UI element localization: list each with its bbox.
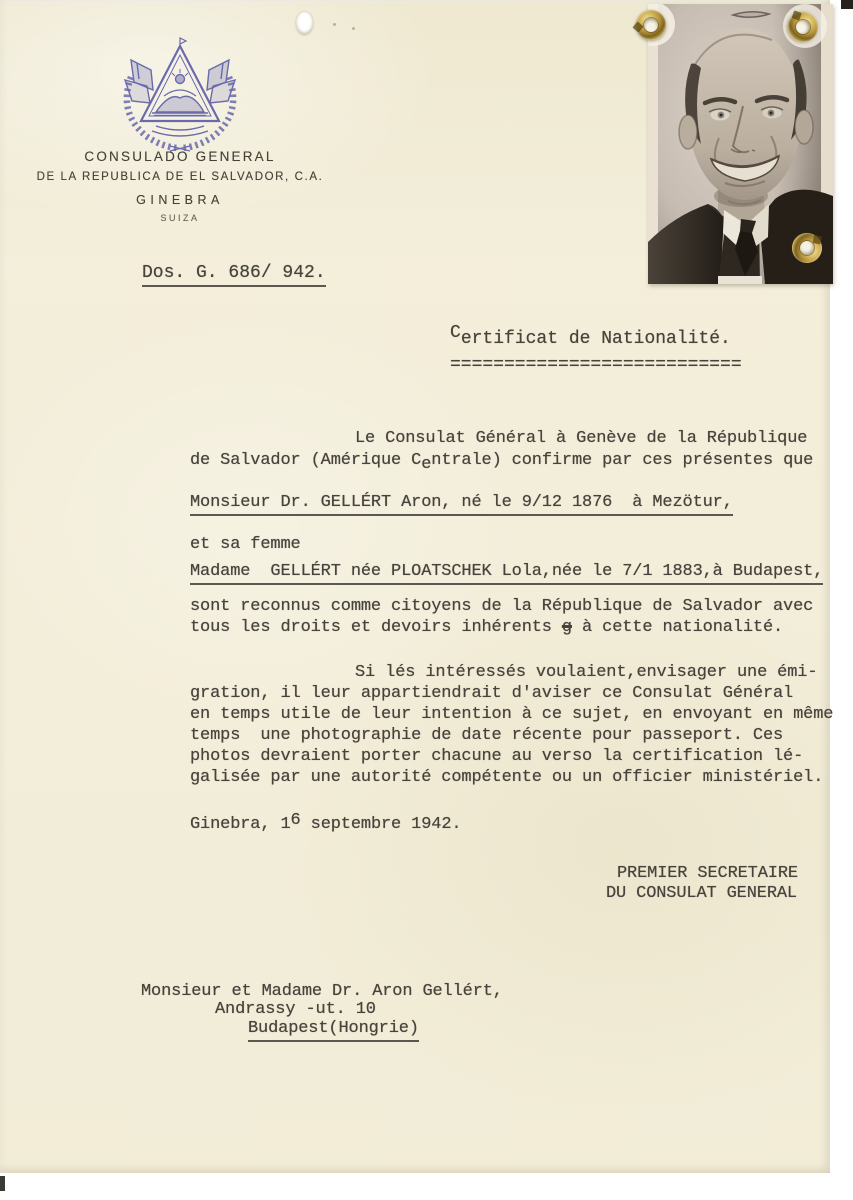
paragraph3-line1: Si lés intéressés voulaient,envisager un… xyxy=(355,664,817,683)
paragraph3-line4: temps une photographie de date récente p… xyxy=(190,727,783,746)
paper-speck xyxy=(352,27,355,30)
letterhead-city: GINEBRA xyxy=(136,193,224,207)
paragraph3-line5: photos devraient porter chacune au verso… xyxy=(190,748,803,767)
eyelet-hole xyxy=(794,18,812,36)
letterhead-country: SUIZA xyxy=(160,213,199,223)
el-salvador-coat-of-arms-icon xyxy=(112,32,248,156)
eyelet-hole xyxy=(797,238,816,257)
paragraph2-line2: tous les droits et devoirs inhérents g à… xyxy=(190,619,783,638)
recipient-line1: Monsieur et Madame Dr. Aron Gellért, xyxy=(141,983,503,1002)
signature-title-line1: PREMIER SECRETAIRE xyxy=(617,865,798,884)
signature-title-line2: DU CONSULAT GENERAL xyxy=(606,885,797,904)
title-underline-rule: =========================== xyxy=(450,356,742,376)
paragraph3-line3: en temps utile de leur intention à ce su… xyxy=(190,706,833,725)
struck-out-character: g xyxy=(562,618,572,637)
punch-hole xyxy=(296,12,313,35)
paragraph1-line2: de Salvador (Amérique Centrale) confirme… xyxy=(190,452,813,471)
letterhead-org-line1: CONSULADO GENERAL xyxy=(84,149,275,164)
scan-corner-artifact xyxy=(841,0,853,9)
subject-line-monsieur: Monsieur Dr. GELLÉRT Aron, né le 9/12 18… xyxy=(190,494,733,516)
document-title: Certificat de Nationalité. xyxy=(450,330,731,350)
recipient-line2: Andrassy -ut. 10 xyxy=(215,1001,376,1020)
letterhead-org-line2: DE LA REPUBLICA DE EL SALVADOR, C.A. xyxy=(37,171,324,183)
title-raised-cap: C xyxy=(450,323,461,343)
scan-corner-artifact xyxy=(0,1176,5,1191)
lowered-letter: e xyxy=(421,455,431,474)
paragraph3-line6: galisée par une autorité compétente ou u… xyxy=(190,769,823,788)
paragraph1-line1: Le Consulat Général à Genève de la Répub… xyxy=(355,430,807,449)
eyelet-hole xyxy=(644,18,658,32)
paper-speck xyxy=(333,23,336,26)
brass-eyelet-icon xyxy=(636,10,666,40)
recipient-line3: Budapest(Hongrie) xyxy=(248,1020,419,1042)
subject-line-madame: Madame GELLÉRT née PLOATSCHEK Lola,née l… xyxy=(190,563,823,585)
paragraph2-line1: sont reconnus comme citoyens de la Répub… xyxy=(190,598,813,617)
conjunction-line: et sa femme xyxy=(190,536,301,555)
raised-digit: 6 xyxy=(291,811,301,830)
document-scan: CONSULADO GENERAL DE LA REPUBLICA DE EL … xyxy=(0,0,853,1200)
title-text: ertificat de Nationalité. xyxy=(461,329,731,349)
paragraph3-line2: gration, il leur appartiendrait d'aviser… xyxy=(190,685,793,704)
dossier-number: Dos. G. 686/ 942. xyxy=(142,264,326,287)
dateline: Ginebra, 16 septembre 1942. xyxy=(190,816,461,835)
